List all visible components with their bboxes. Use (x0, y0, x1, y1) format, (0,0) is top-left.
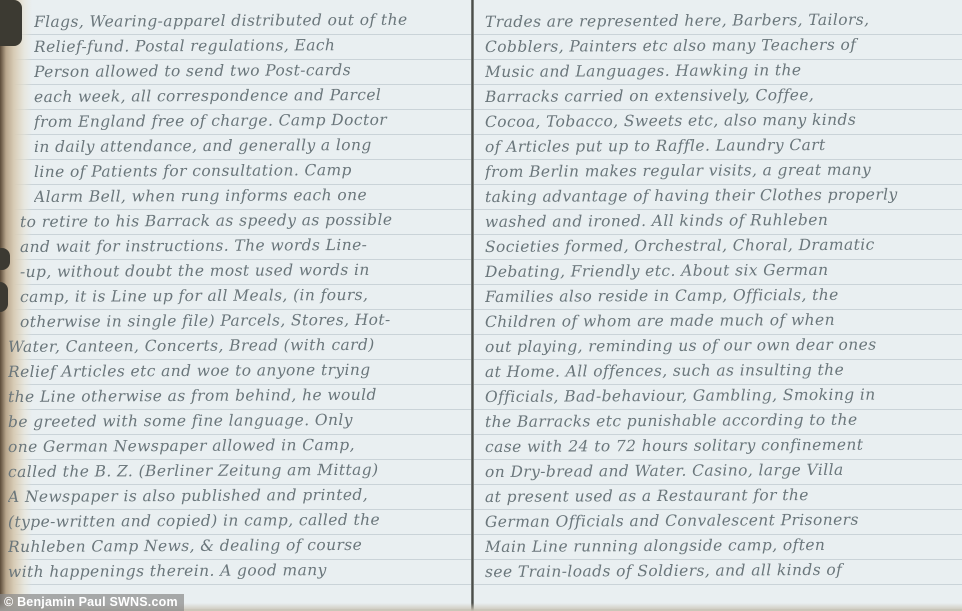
text-line: in daily attendance, and generally a lon… (34, 132, 463, 160)
text-line: Flags, Wearing-apparel distributed out o… (34, 7, 463, 35)
text-line: Children of whom are made much of when (485, 307, 958, 335)
text-line: be greeted with some fine language. Only (8, 407, 463, 435)
photo-credit-watermark: © Benjamin Paul SWNS.com (0, 594, 184, 611)
text-line: Ruhleben Camp News, & dealing of course (8, 532, 463, 560)
text-line: Person allowed to send two Post-cards (34, 57, 463, 85)
text-line: Families also reside in Camp, Officials,… (485, 282, 958, 310)
text-line: on Dry-bread and Water. Casino, large Vi… (485, 457, 958, 485)
text-line: Relief Articles etc and woe to anyone tr… (8, 357, 463, 385)
text-line: (type-written and copied) in camp, calle… (8, 507, 463, 535)
text-line: Officials, Bad-behaviour, Gambling, Smok… (485, 382, 958, 410)
text-line: see Train-loads of Soldiers, and all kin… (485, 557, 958, 585)
text-line: and wait for instructions. The words Lin… (20, 232, 463, 260)
text-line: at Home. All offences, such as insulting… (485, 357, 958, 385)
text-line: case with 24 to 72 hours solitary confin… (485, 432, 958, 460)
text-line: one German Newspaper allowed in Camp, (8, 432, 463, 460)
text-line: from Berlin makes regular visits, a grea… (485, 157, 958, 185)
text-line: each week, all correspondence and Parcel (34, 82, 463, 110)
text-line: -up, without doubt the most used words i… (20, 257, 463, 285)
text-line: at present used as a Restaurant for the (485, 482, 958, 510)
text-line: out playing, reminding us of our own dea… (485, 332, 958, 360)
text-line: German Officials and Convalescent Prison… (485, 507, 958, 535)
text-line: called the B. Z. (Berliner Zeitung am Mi… (8, 457, 463, 485)
text-line: Cobblers, Painters etc also many Teacher… (485, 32, 958, 60)
text-line: washed and ironed. All kinds of Ruhleben (485, 207, 958, 235)
right-page: Trades are represented here, Barbers, Ta… (473, 0, 962, 611)
text-line: A Newspaper is also published and printe… (8, 482, 463, 510)
notebook-gutter (471, 0, 474, 611)
text-line: Cocoa, Tobacco, Sweets etc, also many ki… (485, 107, 958, 135)
text-line: Music and Languages. Hawking in the (485, 57, 958, 85)
text-line: Debating, Friendly etc. About six German (485, 257, 958, 285)
text-line: of Articles put up to Raffle. Laundry Ca… (485, 132, 958, 160)
text-line: Alarm Bell, when rung informs each one (34, 182, 463, 210)
text-line: with happenings therein. A good many (8, 557, 463, 585)
left-page-text: Flags, Wearing-apparel distributed out o… (0, 10, 473, 585)
text-line: Barracks carried on extensively, Coffee, (485, 82, 958, 110)
text-line: otherwise in single file) Parcels, Store… (20, 307, 463, 335)
text-line: from England free of charge. Camp Doctor (34, 107, 463, 135)
right-page-text: Trades are represented here, Barbers, Ta… (473, 10, 962, 585)
text-line: taking advantage of having their Clothes… (485, 182, 958, 210)
text-line: the Line otherwise as from behind, he wo… (8, 382, 463, 410)
text-line: the Barracks etc punishable according to… (485, 407, 958, 435)
text-line: Water, Canteen, Concerts, Bread (with ca… (8, 332, 463, 360)
text-line: Societies formed, Orchestral, Choral, Dr… (485, 232, 958, 260)
text-line: line of Patients for consultation. Camp (34, 157, 463, 185)
left-page: Flags, Wearing-apparel distributed out o… (0, 0, 473, 611)
text-line: to retire to his Barrack as speedy as po… (20, 207, 463, 235)
notebook-spread: Flags, Wearing-apparel distributed out o… (0, 0, 962, 611)
text-line: Trades are represented here, Barbers, Ta… (485, 7, 958, 35)
text-line: Relief-fund. Postal regulations, Each (34, 32, 463, 60)
text-line: camp, it is Line up for all Meals, (in f… (20, 282, 463, 310)
text-line: Main Line running alongside camp, often (485, 532, 958, 560)
